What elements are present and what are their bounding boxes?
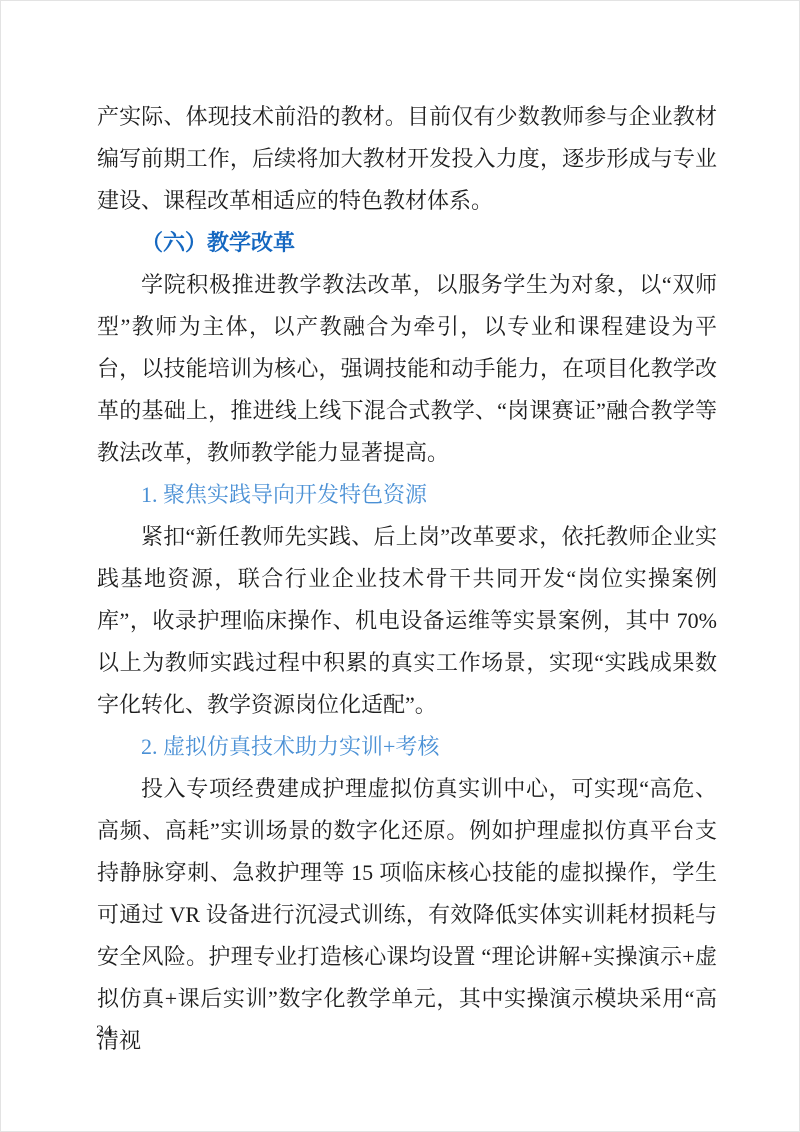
paragraph-continuation: 产实际、体现技术前沿的教材。目前仅有少数教师参与企业教材编写前期工作，后续将加大…	[97, 96, 717, 222]
paragraph-section-intro: 学院积极推进教学教法改革，以服务学生为对象，以“双师型”教师为主体，以产教融合为…	[97, 264, 717, 474]
page-number: 24	[96, 1021, 112, 1043]
section-heading: （六）教学改革	[97, 222, 717, 264]
document-page: 产实际、体现技术前沿的教材。目前仅有少数教师参与企业教材编写前期工作，后续将加大…	[0, 0, 800, 1132]
subsection-heading-2: 2. 虚拟仿真技术助力实训+考核	[97, 726, 717, 768]
paragraph-subsection-2: 投入专项经费建成护理虚拟仿真实训中心，可实现“高危、高频、高耗”实训场景的数字化…	[97, 768, 717, 1062]
subsection-heading-1: 1. 聚焦实践导向开发特色资源	[97, 474, 717, 516]
paragraph-subsection-1: 紧扣“新任教师先实践、后上岗”改革要求，依托教师企业实践基地资源，联合行业企业技…	[97, 516, 717, 726]
